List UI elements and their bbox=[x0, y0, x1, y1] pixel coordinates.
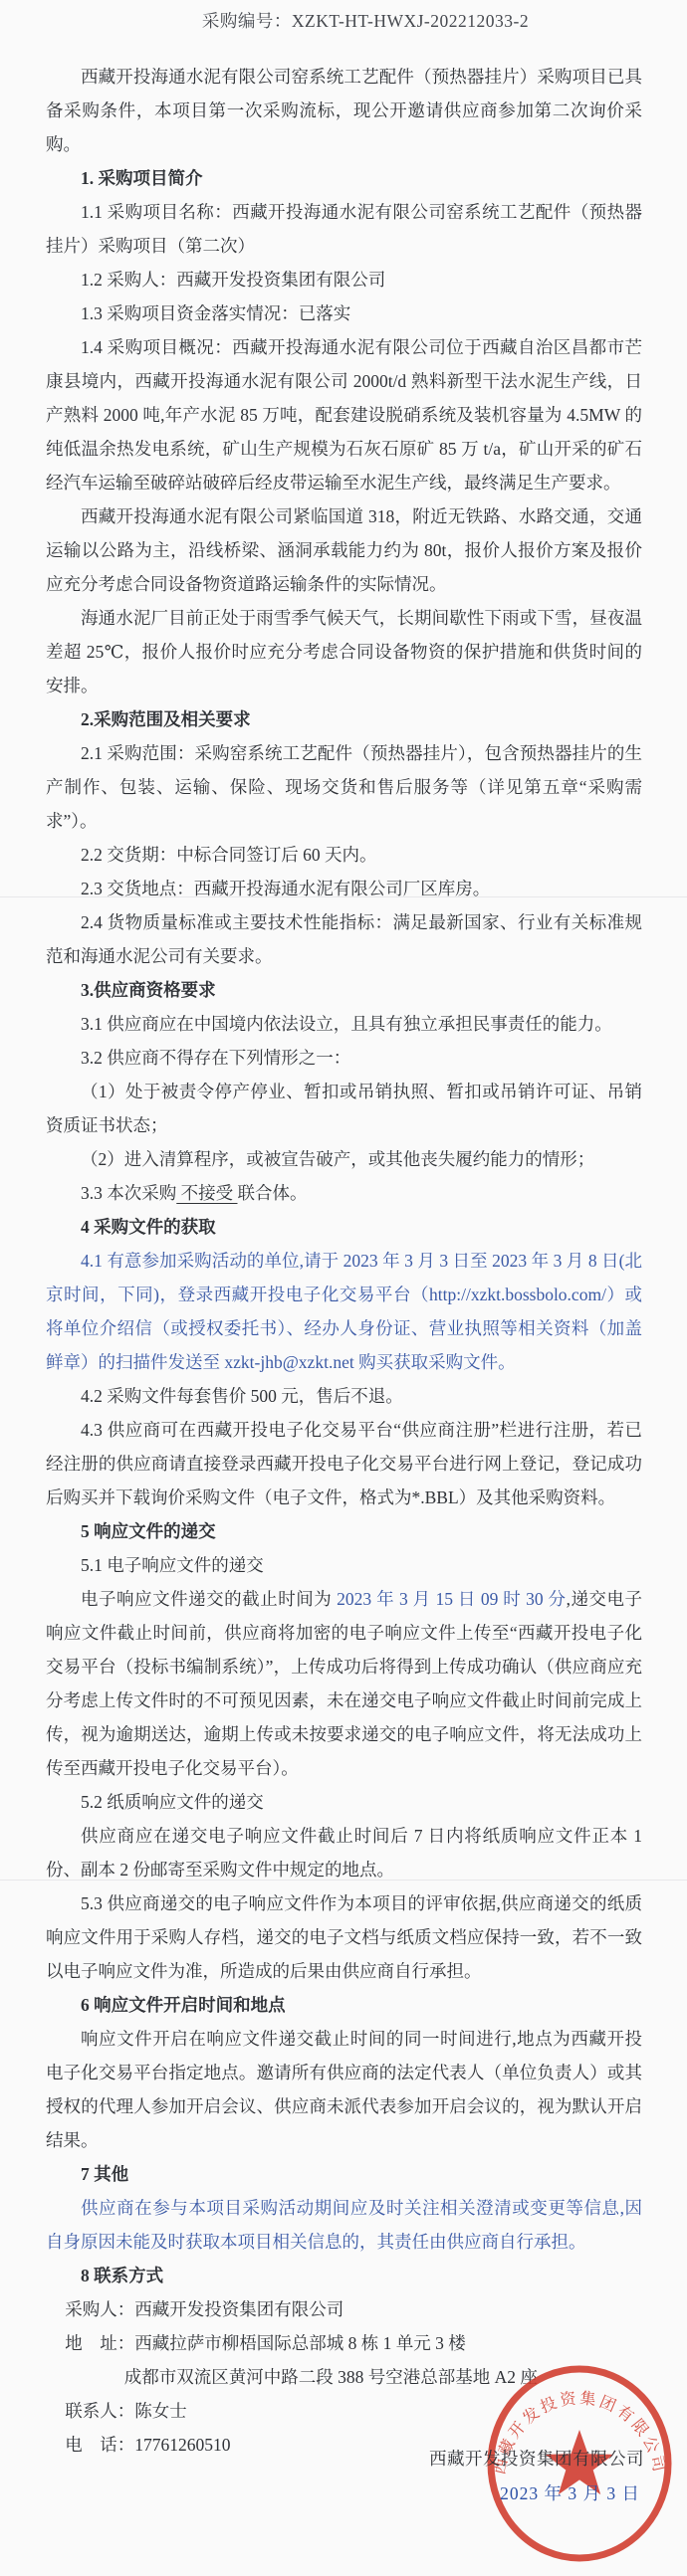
paragraph: 3.1 供应商应在中国境内依法设立，且具有独立承担民事责任的能力。 bbox=[46, 1007, 642, 1041]
text-run: 响应文件开启在响应文件递交截止时间的同一时间进行,地点为西藏开投电子化交易平台指… bbox=[46, 2029, 642, 2150]
issuer-company: 西藏开发投资集团有限公司 bbox=[429, 2446, 644, 2471]
paragraph: 5.1 电子响应文件的递交 bbox=[46, 1548, 642, 1582]
text-run: 2.2 交货期：中标合同签订后 60 天内。 bbox=[81, 845, 377, 865]
text-run: 1. 采购项目简介 bbox=[81, 168, 203, 188]
paragraph: 4.3 供应商可在西藏开投电子化交易平台“供应商注册”栏进行注册，若已经注册的供… bbox=[46, 1413, 642, 1514]
text-run: 8 联系方式 bbox=[81, 2266, 163, 2285]
text-run: 不接受 bbox=[176, 1183, 237, 1203]
section-heading: 4 采购文件的获取 bbox=[46, 1210, 642, 1244]
text-run: （2）进入清算程序，或被宣告破产，或其他丧失履约能力的情形； bbox=[81, 1149, 594, 1169]
text-run: 2.采购范围及相关要求 bbox=[81, 709, 251, 729]
text-run: （1）处于被责令停产停业、暂扣或吊销执照、暂扣或吊销许可证、吊销资质证书状态； bbox=[46, 1082, 642, 1135]
paragraph: 5.2 纸质响应文件的递交 bbox=[46, 1785, 642, 1819]
paragraph: 1.1 采购项目名称：西藏开投海通水泥有限公司窑系统工艺配件（预热器挂片）采购项… bbox=[46, 195, 642, 263]
text-run: 1.1 采购项目名称：西藏开投海通水泥有限公司窑系统工艺配件（预热器挂片）采购项… bbox=[46, 202, 642, 256]
contact-line: 采购人：西藏开发投资集团有限公司 bbox=[46, 2292, 642, 2326]
text-run: 地 址：西藏拉萨市柳梧国际总部城 8 栋 1 单元 3 楼 bbox=[65, 2333, 466, 2353]
paragraph: 3.3 本次采购 不接受 联合体。 bbox=[46, 1176, 642, 1210]
paragraph: 供应商应在递交电子响应文件截止时间后 7 日内将纸质响应文件正本 1 份、副本 … bbox=[46, 1819, 642, 1886]
paragraph: 1.2 采购人：西藏开发投资集团有限公司 bbox=[46, 263, 642, 297]
paragraph: 2.1 采购范围：采购窑系统工艺配件（预热器挂片），包含预热器挂片的生产制作、包… bbox=[46, 736, 642, 838]
text-run: 电 话：17761260510 bbox=[65, 2435, 230, 2455]
paragraph: 西藏开投海通水泥有限公司紧临国道 318，附近无铁路、水路交通，交通运输以公路为… bbox=[46, 499, 642, 601]
text-run: ,递交电子响应文件截止时间前，供应商将加密的电子响应文件上传至“西藏开投电子化交… bbox=[46, 1589, 642, 1778]
text-run: 1.3 采购项目资金落实情况：已落实 bbox=[81, 303, 350, 323]
text-run: 7 其他 bbox=[81, 2164, 128, 2184]
paragraph: 海通水泥厂目前正处于雨雪季气候天气，长期间歇性下雨或下雪，昼夜温差超 25℃，报… bbox=[46, 601, 642, 702]
text-run: 5.1 电子响应文件的递交 bbox=[81, 1555, 264, 1575]
contact-line: 地 址：西藏拉萨市柳梧国际总部城 8 栋 1 单元 3 楼 bbox=[46, 2326, 642, 2360]
section-heading: 8 联系方式 bbox=[46, 2259, 642, 2292]
text-run: 6 响应文件开启时间和地点 bbox=[81, 1995, 286, 2015]
text-run: 3.供应商资格要求 bbox=[81, 980, 216, 1000]
text-run: 供应商在参与本项目采购活动期间应及时关注相关澄清或变更等信息,因自身原因未能及时… bbox=[46, 2198, 642, 2252]
document-body: 西藏开投海通水泥有限公司窑系统工艺配件（预热器挂片）采购项目已具备采购条件，本项… bbox=[0, 60, 687, 2462]
paragraph: 1.4 采购项目概况：西藏开投海通水泥有限公司位于西藏自治区昌都市芒康县境内，西… bbox=[46, 330, 642, 499]
paragraph: （1）处于被责令停产停业、暂扣或吊销执照、暂扣或吊销许可证、吊销资质证书状态； bbox=[46, 1075, 642, 1142]
text-run: 4 采购文件的获取 bbox=[81, 1217, 216, 1237]
text-run: 4.1 有意参加采购活动的单位,请于 2023 年 3 月 3 日至 2023 … bbox=[46, 1251, 642, 1372]
text-run: 5.3 供应商递交的电子响应文件作为本项目的评审依据,供应商递交的纸质响应文件用… bbox=[46, 1893, 642, 1981]
text-run: 3.3 本次采购 bbox=[81, 1183, 176, 1203]
paragraph: 西藏开投海通水泥有限公司窑系统工艺配件（预热器挂片）采购项目已具备采购条件，本项… bbox=[46, 60, 642, 161]
text-run: 4.3 供应商可在西藏开投电子化交易平台“供应商注册”栏进行注册，若已经注册的供… bbox=[46, 1420, 642, 1507]
text-run: 1.4 采购项目概况：西藏开投海通水泥有限公司位于西藏自治区昌都市芒康县境内，西… bbox=[46, 337, 642, 493]
paragraph: 4.2 采购文件每套售价 500 元，售后不退。 bbox=[46, 1379, 642, 1413]
text-run: 3.1 供应商应在中国境内依法设立，且具有独立承担民事责任的能力。 bbox=[81, 1014, 612, 1034]
paragraph: 2.3 交货地点：西藏开投海通水泥有限公司厂区库房。 bbox=[46, 872, 642, 905]
paragraph: 响应文件开启在响应文件递交截止时间的同一时间进行,地点为西藏开投电子化交易平台指… bbox=[46, 2022, 642, 2157]
text-run: 4.2 采购文件每套售价 500 元，售后不退。 bbox=[81, 1386, 403, 1406]
text-run: 2.3 交货地点：西藏开投海通水泥有限公司厂区库房。 bbox=[81, 879, 490, 898]
paragraph: 供应商在参与本项目采购活动期间应及时关注相关澄清或变更等信息,因自身原因未能及时… bbox=[46, 2191, 642, 2259]
paragraph: 3.2 供应商不得存在下列情形之一： bbox=[46, 1041, 642, 1075]
text-run: 2.4 货物质量标准或主要技术性能指标：满足最新国家、行业有关标准规范和海通水泥… bbox=[46, 912, 642, 966]
text-run: 2023 年 3 月 15 日 09 时 30 分 bbox=[337, 1589, 566, 1609]
paragraph: （2）进入清算程序，或被宣告破产，或其他丧失履约能力的情形； bbox=[46, 1142, 642, 1176]
text-run: 5 响应文件的递交 bbox=[81, 1521, 216, 1541]
paragraph: 电子响应文件递交的截止时间为 2023 年 3 月 15 日 09 时 30 分… bbox=[46, 1582, 642, 1785]
paragraph: 2.4 货物质量标准或主要技术性能指标：满足最新国家、行业有关标准规范和海通水泥… bbox=[46, 905, 642, 973]
text-run: 3.2 供应商不得存在下列情形之一： bbox=[81, 1048, 350, 1068]
text-run: 联系人：陈女士 bbox=[65, 2401, 187, 2421]
scanned-procurement-notice: { "page": { "background": "#fafafa", "in… bbox=[0, 0, 687, 2576]
section-heading: 5 响应文件的递交 bbox=[46, 1514, 642, 1548]
section-heading: 7 其他 bbox=[46, 2157, 642, 2191]
text-run: 1.2 采购人：西藏开发投资集团有限公司 bbox=[81, 270, 385, 290]
text-run: 2.1 采购范围：采购窑系统工艺配件（预热器挂片），包含预热器挂片的生产制作、包… bbox=[46, 743, 642, 831]
section-heading: 1. 采购项目简介 bbox=[46, 161, 642, 195]
text-run: 电子响应文件递交的截止时间为 bbox=[81, 1589, 337, 1609]
text-run: 采购人：西藏开发投资集团有限公司 bbox=[65, 2299, 343, 2319]
text-run: 成都市双流区黄河中路二段 388 号空港总部基地 A2 座 bbox=[124, 2367, 538, 2387]
text-run: 供应商应在递交电子响应文件截止时间后 7 日内将纸质响应文件正本 1 份、副本 … bbox=[46, 1826, 642, 1880]
text-run: 5.2 纸质响应文件的递交 bbox=[81, 1792, 264, 1812]
paragraph: 1.3 采购项目资金落实情况：已落实 bbox=[46, 297, 642, 330]
text-run: 联合体。 bbox=[238, 1183, 308, 1203]
section-heading: 2.采购范围及相关要求 bbox=[46, 702, 642, 736]
paragraph: 4.1 有意参加采购活动的单位,请于 2023 年 3 月 3 日至 2023 … bbox=[46, 1244, 642, 1379]
section-heading: 3.供应商资格要求 bbox=[46, 973, 642, 1007]
procurement-number: 采购编号：XZKT-HT-HWXJ-202212033-2 bbox=[0, 8, 687, 33]
issue-date: 2023 年 3 月 3 日 bbox=[500, 2480, 640, 2505]
paragraph: 2.2 交货期：中标合同签订后 60 天内。 bbox=[46, 838, 642, 872]
text-run: 西藏开投海通水泥有限公司窑系统工艺配件（预热器挂片）采购项目已具备采购条件，本项… bbox=[46, 67, 642, 154]
paragraph: 5.3 供应商递交的电子响应文件作为本项目的评审依据,供应商递交的纸质响应文件用… bbox=[46, 1886, 642, 1988]
section-heading: 6 响应文件开启时间和地点 bbox=[46, 1988, 642, 2022]
text-run: 海通水泥厂目前正处于雨雪季气候天气，长期间歇性下雨或下雪，昼夜温差超 25℃，报… bbox=[46, 608, 642, 695]
text-run: 西藏开投海通水泥有限公司紧临国道 318，附近无铁路、水路交通，交通运输以公路为… bbox=[46, 506, 642, 594]
